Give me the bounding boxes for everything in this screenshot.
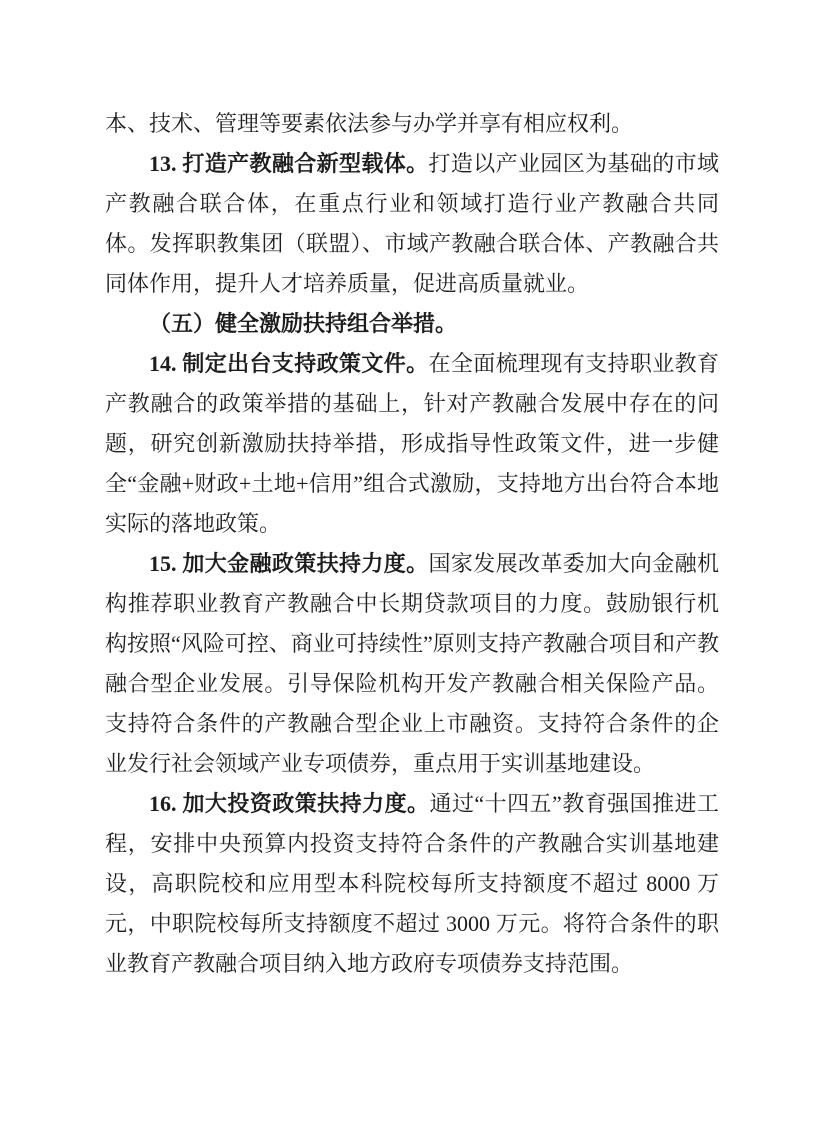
para-continuation: 本、技术、管理等要素依法参与办学并享有相应权利。 — [105, 104, 719, 144]
paragraph-body-text: 国家发展改革委加大向金融机构推荐职业教育产教融合中长期贷款项目的力度。鼓励银行机… — [105, 551, 719, 776]
document-body: 本、技术、管理等要素依法参与办学并享有相应权利。13. 打造产教融合新型载体。打… — [105, 104, 719, 984]
heading-section-5: （五）健全激励扶持组合举措。 — [105, 304, 719, 344]
paragraph-lead-text: 16. 加大投资政策扶持力度。 — [149, 791, 430, 816]
para-item-15: 15. 加大金融政策扶持力度。国家发展改革委加大向金融机构推荐职业教育产教融合中… — [105, 544, 719, 784]
document-page: 本、技术、管理等要素依法参与办学并享有相应权利。13. 打造产教融合新型载体。打… — [0, 0, 830, 1146]
paragraph-body-text: 本、技术、管理等要素依法参与办学并享有相应权利。 — [105, 111, 633, 136]
para-item-16: 16. 加大投资政策扶持力度。通过“十四五”教育强国推进工程，安排中央预算内投资… — [105, 784, 719, 984]
paragraph-body-text: 在全面梳理现有支持职业教育产教融合的政策举措的基础上，针对产教融合发展中存在的问… — [105, 351, 719, 536]
paragraph-lead-text: 14. 制定出台支持政策文件。 — [149, 351, 429, 376]
paragraph-lead-text: 15. 加大金融政策扶持力度。 — [149, 551, 429, 576]
paragraph-lead-text: 13. 打造产教融合新型载体。 — [149, 151, 429, 176]
paragraph-body-text: 通过“十四五”教育强国推进工程，安排中央预算内投资支持符合条件的产教融合实训基地… — [105, 791, 719, 976]
para-item-14: 14. 制定出台支持政策文件。在全面梳理现有支持职业教育产教融合的政策举措的基础… — [105, 344, 719, 544]
para-item-13: 13. 打造产教融合新型载体。打造以产业园区为基础的市域产教融合联合体，在重点行… — [105, 144, 719, 304]
paragraph-lead-text: （五）健全激励扶持组合举措。 — [149, 311, 457, 336]
